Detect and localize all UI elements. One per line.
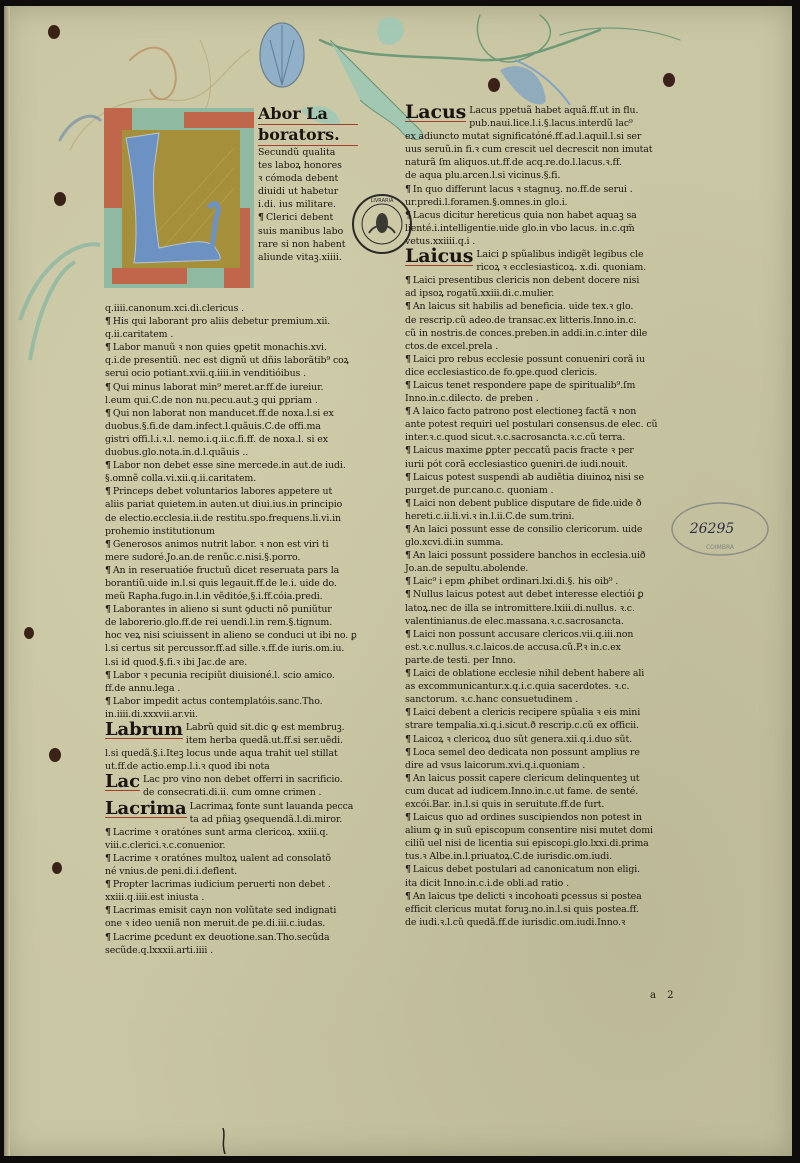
entry-lacus: LacusLacus ppetuã habet aquã.ff.ut in fl… <box>405 104 673 130</box>
text-line: iurii pót corã ecclesiastico ꝯueniri.de … <box>405 458 673 471</box>
paragraph-mark-icon: ¶ <box>105 696 111 707</box>
text-line: ut.ff.de actio.emp.l.i.ꝛ quod ibi nota <box>105 760 357 773</box>
rubric-heading: Lacus <box>405 104 466 122</box>
text-line: ¶An laicus sit habilis ad beneficia. uid… <box>405 300 673 313</box>
text-line: ad ipsoꝝ rogatũ.xxiii.di.c.mulier. <box>405 287 673 300</box>
text-line: efficit clericus mutat foruꝫ.no.in.l.si … <box>405 903 673 916</box>
paragraph-mark-icon: ¶ <box>405 629 411 640</box>
text-line: hoc veꝝ nisi sciuissent in alieno se con… <box>105 629 357 642</box>
text-line: i.di. ius militare. <box>258 198 358 211</box>
text-line: as excommunicantur.x.q.i.c.quia sacerdot… <box>405 680 673 693</box>
text-line: Lacus ppetuã habet aquã.ff.ut in flu. <box>469 104 638 117</box>
text-line: excói.Bar. in.l.si quis in seruitute.ff.… <box>405 798 673 811</box>
binding-hole <box>54 192 66 206</box>
paragraph-mark-icon: ¶ <box>405 747 411 758</box>
paragraph-mark-icon: ¶ <box>405 524 411 535</box>
binding-hole <box>48 25 60 39</box>
text-line: viii.c.clerici.ꝛ.c.conuenior. <box>105 839 357 852</box>
university-seal-icon: LIVRARIA <box>351 193 413 255</box>
text-line: cum ducat ad iudicem.Inno.in.c.ut fame. … <box>405 785 673 798</box>
text-line: ¶An in reseruatióe fructuũ dicet reserua… <box>105 564 357 577</box>
entry-lacrima: LacrimaLacrimaꝝ fonte sunt lauanda pecca… <box>105 800 357 826</box>
text-line: serui ocio potiant.xvii.q.iiii.in vendit… <box>105 367 357 380</box>
left-column: q.iiii.canonum.xci.di.clericus .¶His qui… <box>105 302 357 957</box>
text-line: ¶Laicus maxime ꝑpter peccatũ pacis fract… <box>405 444 673 457</box>
paragraph-mark-icon: ¶ <box>405 864 411 875</box>
paragraph-mark-icon: ¶ <box>405 498 411 509</box>
text-line: ¶Princeps debet voluntarios labores appe… <box>105 485 357 498</box>
paragraph-mark-icon: ¶ <box>105 342 111 353</box>
text-line: ¶Lacrime ꝛ oratónes sunt arma clericoꝝ. … <box>105 826 357 839</box>
text-line: strare tempalia.xi.q.i.sicut.ð rescrip.c… <box>405 719 673 732</box>
paragraph-mark-icon: ¶ <box>105 604 111 615</box>
text-line: latoꝝ.nec de illa se intromittere.lxiii.… <box>405 602 673 615</box>
text-line: ¶An laicus possit capere clericum delinq… <box>405 772 673 785</box>
text-line: suis manibus labo <box>258 225 358 238</box>
paragraph-mark-icon: ¶ <box>405 445 411 456</box>
text-line: xxiii.q.iiii.est iniusta . <box>105 891 357 904</box>
text-line: ¶Laicus quo ad ordines suscipiendos non … <box>405 811 673 824</box>
text-line: inter.ꝛ.c.quod sicut.ꝛ.c.sacrosancta.ꝛ.c… <box>405 431 673 444</box>
text-line: ¶An laici possunt esse de consilio cleri… <box>405 523 673 536</box>
rubric-heading: Lac <box>105 773 140 791</box>
paragraph-mark-icon: ¶ <box>105 879 111 890</box>
text-line: ¶Laici non debent publice disputare de f… <box>405 497 673 510</box>
paragraph-mark-icon: ¶ <box>105 853 111 864</box>
rubric-heading: Lacrima <box>105 800 187 818</box>
text-line: l.eum qui.C.de non nu.pecu.aut.ꝫ qui ꝑpr… <box>105 394 357 407</box>
text-line: ¶Clerici debent <box>258 211 358 224</box>
text-line: ¶Laici presentibus clericis non debent d… <box>405 274 673 287</box>
text-line: ur.predi.l.foramen.§.omnes.in glo.i. <box>405 196 673 209</box>
text-line: tus.ꝛ Albe.in.l.priuatoꝝ.C.de iurisdic.o… <box>405 850 673 863</box>
text-line: ¶Nullus laicus potest aut debet interess… <box>405 588 673 601</box>
text-line: ante potest requiri uel postulari consen… <box>405 418 673 431</box>
text-line: parte.de testi. per Inno. <box>405 654 673 667</box>
heading-labor: Abor La <box>258 104 358 125</box>
paragraph-mark-icon: ¶ <box>105 905 111 916</box>
text-line: dire ad vsus laicorum.xvi.q.i.quoniam . <box>405 759 673 772</box>
text-line: ¶Laici debent a clericis recipere spũali… <box>405 706 673 719</box>
paragraph-mark-icon: ¶ <box>405 210 411 221</box>
ink-mark-icon <box>220 1128 228 1154</box>
paragraph-mark-icon: ¶ <box>405 773 411 784</box>
text-line: aliis pariat quietem.in auten.ut diui.iu… <box>105 498 357 511</box>
text-line: ctos.de excel.prela . <box>405 340 673 353</box>
binding-hole <box>52 862 62 874</box>
paragraph-mark-icon: ¶ <box>405 891 411 902</box>
text-line: hereti.c.ii.li.vi.ꝛ in.l.ii.C.de sum.tri… <box>405 510 673 523</box>
text-line: ¶Laicus debet postulari ad canonicatum n… <box>405 863 673 876</box>
paragraph-mark-icon: ¶ <box>105 316 111 327</box>
text-line: ¶A laico facto patrono post electioneꝫ f… <box>405 405 673 418</box>
text-line: ¶In quo differunt lacus ꝛ stagnuꝫ. no.ff… <box>405 183 673 196</box>
paragraph-mark-icon: ¶ <box>405 668 411 679</box>
text-line: q.iiii.canonum.xci.di.clericus . <box>105 302 357 315</box>
text-line: Lacrimaꝝ fonte sunt lauanda pecca <box>190 800 354 813</box>
text-line: cũ in nostris.de conces.preben.in addi.i… <box>405 327 673 340</box>
text-line: purget.de pur.cano.c. quoniam . <box>405 484 673 497</box>
text-line: ¶Labor manuũ ꝛ non quies ꝯpetit monachis… <box>105 341 357 354</box>
right-column: LacusLacus ppetuã habet aquã.ff.ut in fl… <box>405 104 673 929</box>
text-line: de electio.ecclesia.ii.de restitu.spo.fr… <box>105 512 357 525</box>
text-line: ¶Laici de oblatione ecclesie nihil deben… <box>405 667 673 680</box>
binding-hole <box>49 748 61 762</box>
text-line: sanctorum. ꝛ.c.hanc consuetudinem . <box>405 693 673 706</box>
folio-signature: a 2 <box>650 990 678 1001</box>
text-line: ¶Lacrime ꝛ oratónes multoꝝ ualent ad con… <box>105 852 357 865</box>
text-line: secũde.q.lxxxii.arti.iiii . <box>105 944 357 957</box>
text-line: q.i.de presentiũ. nec est dignũ ut dñis … <box>105 354 357 367</box>
entry-labrum: LabrumLabrũ quid sit.dic ꝙ est membruꝫ.i… <box>105 721 357 747</box>
text-line: ꝛ cómoda debent <box>258 172 358 185</box>
text-line: gistri offi.l.i.ꝛ.l. nemo.i.q.ii.c.fi.ff… <box>105 433 357 446</box>
text-line: de iudi.ꝛ.l.cũ quedã.ff.de iurisdic.om.i… <box>405 916 673 929</box>
text-line: item herba quedã.ut.ff.si ser.uẽdi. <box>186 734 345 747</box>
text-line: Laici ꝑ spũalibus indigẽt legibus cle <box>476 248 646 261</box>
text-line: valentinianus.de elec.massana.ꝛ.c.sacros… <box>405 615 673 628</box>
paragraph-mark-icon: ¶ <box>105 460 111 471</box>
text-line: ¶Laborantes in alieno si sunt ꝯducti nõ … <box>105 603 357 616</box>
paragraph-mark-icon: ¶ <box>405 550 411 561</box>
rubric-heading: Labrum <box>105 721 183 739</box>
text-line: ¶His qui laborant pro aliis debetur prem… <box>105 315 357 328</box>
entry-lac: LacLac pro vino non debet offerri in sac… <box>105 773 357 799</box>
paragraph-mark-icon: ¶ <box>105 382 111 393</box>
paragraph-mark-icon: ¶ <box>105 539 111 550</box>
text-line: de rescrip.cũ adeo.de transac.ex litteri… <box>405 314 673 327</box>
heading-laboratores: borators. <box>258 125 358 146</box>
text-line: est.ꝛ.c.nullus.ꝛ.c.laicos.de accusa.cũ.P… <box>405 641 673 654</box>
text-line: ¶Laicus potest suspendi ab audiẽtia diui… <box>405 471 673 484</box>
paragraph-mark-icon: ¶ <box>105 932 111 943</box>
paragraph-mark-icon: ¶ <box>258 212 264 223</box>
text-line: ¶Loca semel deo dedicata non possunt amp… <box>405 746 673 759</box>
svg-text:26295: 26295 <box>689 521 735 537</box>
paragraph-mark-icon: ¶ <box>405 380 411 391</box>
text-line: Inno.in.c.dilecto. de preben . <box>405 392 673 405</box>
text-line: meũ Rapha.fugo.in.l.in vẽditóe,§.i.ff.có… <box>105 590 357 603</box>
paragraph-mark-icon: ¶ <box>105 565 111 576</box>
text-line: one ꝛ ideo ueniã non meruit.de pe.di.iii… <box>105 917 357 930</box>
binding-gutter <box>4 6 10 1156</box>
paragraph-mark-icon: ¶ <box>105 486 111 497</box>
text-line: §.omnẽ colla.vi.xii.q.ii.caritatem. <box>105 472 357 485</box>
text-line: aliunde vitaꝫ.xiiii. <box>258 251 358 264</box>
text-line: l.si certus sit percussor.ff.ad sille.ꝛ.… <box>105 642 357 655</box>
text-line: l.si id quod.§.fi.ꝛ ibi Jac.de are. <box>105 656 357 669</box>
paragraph-mark-icon: ¶ <box>405 275 411 286</box>
text-line: alium ꝙ in suũ episcopum consentire nisi… <box>405 824 673 837</box>
text-line: de laborerio.glo.ff.de rei uendi.l.in re… <box>105 616 357 629</box>
text-line: ¶Labor non debet esse sine mercede.in au… <box>105 459 357 472</box>
text-line: ricoꝝ ꝛ ecclesiasticoꝝ. x.di. quoniam. <box>476 261 646 274</box>
text-line: dice ecclesiastico.de fo.ꝯpe.quod cleric… <box>405 366 673 379</box>
text-line: mere sudoré.Jo.an.de renũc.c.nisi.§.porr… <box>105 551 357 564</box>
text-line: l.si quedã.§.i.Iteꝫ locus unde aqua trah… <box>105 747 357 760</box>
text-line: né vnius.de peni.di.i.deflent. <box>105 865 357 878</box>
text-line: ¶An laicus tpe delicti ꝛ incohoati ꝑcess… <box>405 890 673 903</box>
text-line: duobus.§.fi.de dam.infect.l.quãuis.C.de … <box>105 420 357 433</box>
text-line: glo.xcvi.di.in summa. <box>405 536 673 549</box>
text-line: Jo.an.de sepultu.abolende. <box>405 562 673 575</box>
paragraph-mark-icon: ¶ <box>405 812 411 823</box>
paragraph-mark-icon: ¶ <box>405 301 411 312</box>
text-line: ¶Lacus dicitur hereticus quia non habet … <box>405 209 673 222</box>
text-line: ¶Labor ꝛ pecunia recipiũt diuisioné.l. s… <box>105 669 357 682</box>
text-line: ¶Lacrime ꝑcedunt ex deuotione.san.Tho.se… <box>105 931 357 944</box>
rubric-heading: Laicus <box>405 248 473 266</box>
paragraph-mark-icon: ¶ <box>405 576 411 587</box>
opening-entry-labor: Abor La borators. Secundũ qualita tes la… <box>258 104 358 264</box>
library-stamp: 26295 COIMBRA <box>670 500 770 558</box>
text-line: Labrũ quid sit.dic ꝙ est membruꝫ. <box>186 721 345 734</box>
text-line: ¶Qui non laborat non manducet.ff.de noxa… <box>105 407 357 420</box>
paragraph-mark-icon: ¶ <box>105 408 111 419</box>
paragraph-mark-icon: ¶ <box>405 354 411 365</box>
binding-hole <box>663 73 675 87</box>
text-line: ex adiuncto mutat significatóné.ff.ad.l.… <box>405 130 673 143</box>
text-line: prohemio institutionum <box>105 525 357 538</box>
text-line: ¶Laici pro rebus ecclesie possunt conuen… <box>405 353 673 366</box>
svg-text:LIVRARIA: LIVRARIA <box>371 198 394 204</box>
text-line: ¶Laicoꝝ ꝛ clericoꝝ duo sũt genera.xii.q.… <box>405 733 673 746</box>
text-line: ff.de annu.lega . <box>105 682 357 695</box>
text-line: duobus.glo.nota.in.d.l.quãuis .. <box>105 446 357 459</box>
paragraph-mark-icon: ¶ <box>405 472 411 483</box>
text-line: rare si non habent <box>258 238 358 251</box>
text-line: diuidi ut habetur <box>258 185 358 198</box>
text-line: ciliũ uel nisi de licentia sui episcopi.… <box>405 837 673 850</box>
text-line: ¶Generosos animos nutrit labor. ꝛ non es… <box>105 538 357 551</box>
text-line: ¶An laici possunt possidere banchos in e… <box>405 549 673 562</box>
text-line: naturã ſm aliquos.ut.ff.de acq.re.do.l.l… <box>405 156 673 169</box>
text-line: ¶Propter lacrimas iudicium peruerti non … <box>105 878 357 891</box>
text-line: ¶Laicus tenet respondere pape de spiritu… <box>405 379 673 392</box>
paragraph-mark-icon: ¶ <box>405 589 411 600</box>
paragraph-mark-icon: ¶ <box>405 184 411 195</box>
paragraph-mark-icon: ¶ <box>405 406 411 417</box>
text-line: borantiũ.uide in.l.si quis legauit.ff.de… <box>105 577 357 590</box>
text-line: ¶Lacrimas emisit cayn non volũtate sed i… <box>105 904 357 917</box>
text-line: ¶Qui minus laborat min⁹ meret.ar.ff.de i… <box>105 381 357 394</box>
text-line: q.ii.caritatem . <box>105 328 357 341</box>
paragraph-mark-icon: ¶ <box>105 827 111 838</box>
text-line: uus seruũ.in fi.ꝛ cum crescit uel decres… <box>405 143 673 156</box>
text-line: Lac pro vino non debet offerri in sacrif… <box>143 773 343 786</box>
text-line: de aqua plu.arcen.l.si vicinus.§.fi. <box>405 169 673 182</box>
text-line: pub.naui.lice.l.i.§.lacus.interdũ lac⁹ <box>469 117 638 130</box>
binding-hole <box>24 627 34 639</box>
text-line: ¶Laic⁹ i epm ꝓhibet ordinari.lxi.di.§. h… <box>405 575 673 588</box>
binding-hole <box>488 78 500 92</box>
entry-laicus: LaicusLaici ꝑ spũalibus indigẽt legibus … <box>405 248 673 274</box>
paragraph-mark-icon: ¶ <box>405 707 411 718</box>
text-line: ta ad pñiaꝫ ꝯsequendã.l.di.miror. <box>190 813 354 826</box>
svg-text:COIMBRA: COIMBRA <box>706 544 735 551</box>
text-line: ita dicit Inno.in.c.i.de obli.ad ratio . <box>405 877 673 890</box>
text-line: Secundũ qualita <box>258 146 358 159</box>
illuminated-initial-L-icon <box>104 108 254 288</box>
paragraph-mark-icon: ¶ <box>105 670 111 681</box>
paragraph-mark-icon: ¶ <box>405 734 411 745</box>
text-line: ¶Laici non possunt accusare clericos.vii… <box>405 628 673 641</box>
text-line: tes laboꝝ honores <box>258 159 358 172</box>
text-line: ¶Labor impedit actus contemplatóis.sanc.… <box>105 695 357 708</box>
text-line: lienté.i.intelligentie.uide glo.in vbo l… <box>405 222 673 235</box>
